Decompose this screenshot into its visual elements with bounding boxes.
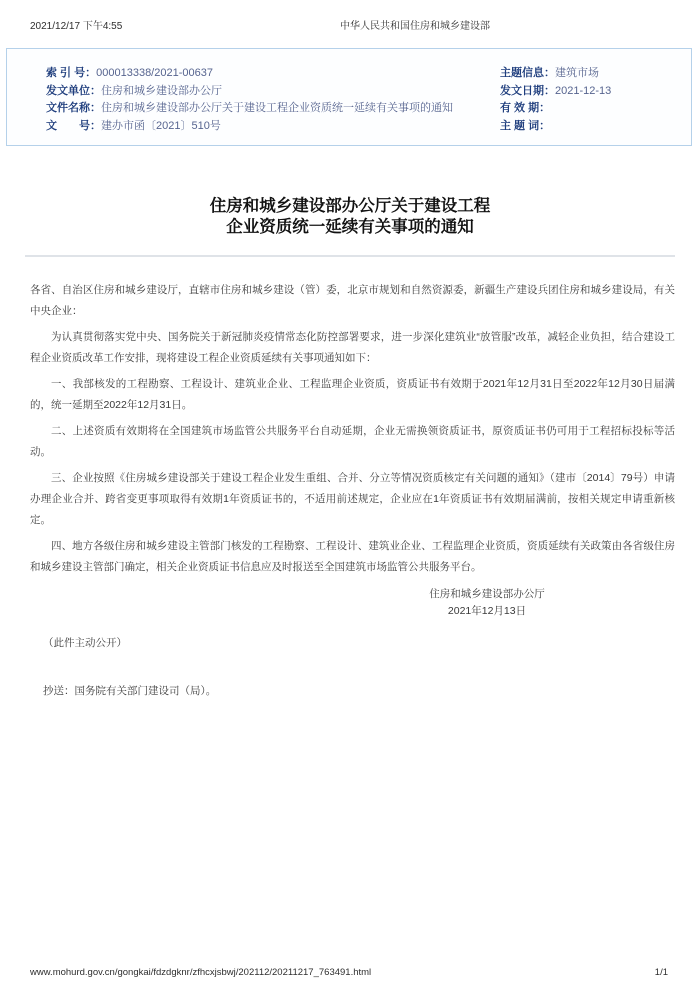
meta-column-right: 主题信息：建筑市场 发文日期：2021-12-13 有 效 期： 主 题 词： — [500, 65, 611, 135]
meta-label-index-number: 索 引 号： — [46, 67, 96, 79]
meta-row-subject-words: 主 题 词： — [500, 118, 611, 136]
body-paragraph-item-1: 一、我部核发的工程勘察、工程设计、建筑业企业、工程监理企业资质，资质证书有效期于… — [30, 374, 675, 416]
meta-value-topic-info: 建筑市场 — [555, 67, 599, 79]
document-title-line-2: 企业资质统一延续有关事项的通知 — [0, 217, 700, 238]
meta-row-index-number: 索 引 号：000013338/2021-00637 — [46, 65, 453, 83]
meta-label-subject-words: 主 题 词： — [500, 120, 550, 132]
meta-row-topic-info: 主题信息：建筑市场 — [500, 65, 611, 83]
meta-label-validity-period: 有 效 期： — [500, 102, 550, 114]
signature-block: 住房和城乡建设部办公厅 2021年12月13日 — [367, 586, 607, 620]
meta-value-issuing-unit: 住房和城乡建设部办公厅 — [101, 85, 222, 97]
print-footer-page-number: 1/1 — [655, 967, 668, 978]
body-paragraph-intro: 为认真贯彻落实党中央、国务院关于新冠肺炎疫情常态化防控部署要求，进一步深化建筑业… — [30, 327, 675, 369]
document-body: 各省、自治区住房和城乡建设厅，直辖市住房和城乡建设（管）委，北京市规划和自然资源… — [30, 280, 675, 700]
disclosure-note: （此件主动公开） — [30, 635, 675, 652]
print-header-site-title: 中华人民共和国住房和城乡建设部 — [340, 17, 490, 32]
document-title-line-1: 住房和城乡建设部办公厅关于建设工程 — [0, 196, 700, 217]
print-footer-url: www.mohurd.gov.cn/gongkai/fdzdgknr/zfhcx… — [30, 967, 371, 978]
meta-value-issue-date: 2021-12-13 — [555, 85, 611, 97]
meta-value-document-number: 建办市函〔2021〕510号 — [101, 120, 221, 132]
meta-label-issuing-unit: 发文单位： — [46, 85, 101, 97]
body-paragraph-item-2: 二、上述资质有效期将在全国建筑市场监管公共服务平台自动延期，企业无需换领资质证书… — [30, 421, 675, 463]
cc-note: 抄送：国务院有关部门建设司（局）。 — [30, 683, 675, 700]
meta-row-file-name: 文件名称：住房和城乡建设部办公厅关于建设工程企业资质统一延续有关事项的通知 — [46, 100, 453, 118]
meta-row-issue-date: 发文日期：2021-12-13 — [500, 83, 611, 101]
document-meta-box: 索 引 号：000013338/2021-00637 发文单位：住房和城乡建设部… — [6, 48, 692, 146]
meta-value-file-name: 住房和城乡建设部办公厅关于建设工程企业资质统一延续有关事项的通知 — [101, 102, 453, 114]
body-paragraph-item-4: 四、地方各级住房和城乡建设主管部门核发的工程勘察、工程设计、建筑业企业、工程监理… — [30, 536, 675, 578]
meta-row-validity-period: 有 效 期： — [500, 100, 611, 118]
meta-label-document-number: 文 号： — [46, 120, 101, 132]
title-divider — [25, 255, 675, 257]
body-paragraph-item-3: 三、企业按照《住房城乡建设部关于建设工程企业发生重组、合并、分立等情况资质核定有… — [30, 468, 675, 531]
meta-label-issue-date: 发文日期： — [500, 85, 555, 97]
meta-label-file-name: 文件名称： — [46, 102, 101, 114]
print-header-datetime: 2021/12/17 下午4:55 — [30, 17, 122, 32]
meta-row-document-number: 文 号：建办市函〔2021〕510号 — [46, 118, 453, 136]
meta-label-topic-info: 主题信息： — [500, 67, 555, 79]
addressee-paragraph: 各省、自治区住房和城乡建设厅，直辖市住房和城乡建设（管）委，北京市规划和自然资源… — [30, 280, 675, 322]
meta-value-index-number: 000013338/2021-00637 — [96, 67, 213, 79]
print-page: 2021/12/17 下午4:55 中华人民共和国住房和城乡建设部 索 引 号：… — [0, 0, 700, 989]
meta-row-issuing-unit: 发文单位：住房和城乡建设部办公厅 — [46, 83, 453, 101]
signature-organization: 住房和城乡建设部办公厅 — [367, 586, 607, 603]
signature-date: 2021年12月13日 — [367, 603, 607, 620]
document-title: 住房和城乡建设部办公厅关于建设工程 企业资质统一延续有关事项的通知 — [0, 196, 700, 238]
meta-column-left: 索 引 号：000013338/2021-00637 发文单位：住房和城乡建设部… — [46, 65, 453, 135]
